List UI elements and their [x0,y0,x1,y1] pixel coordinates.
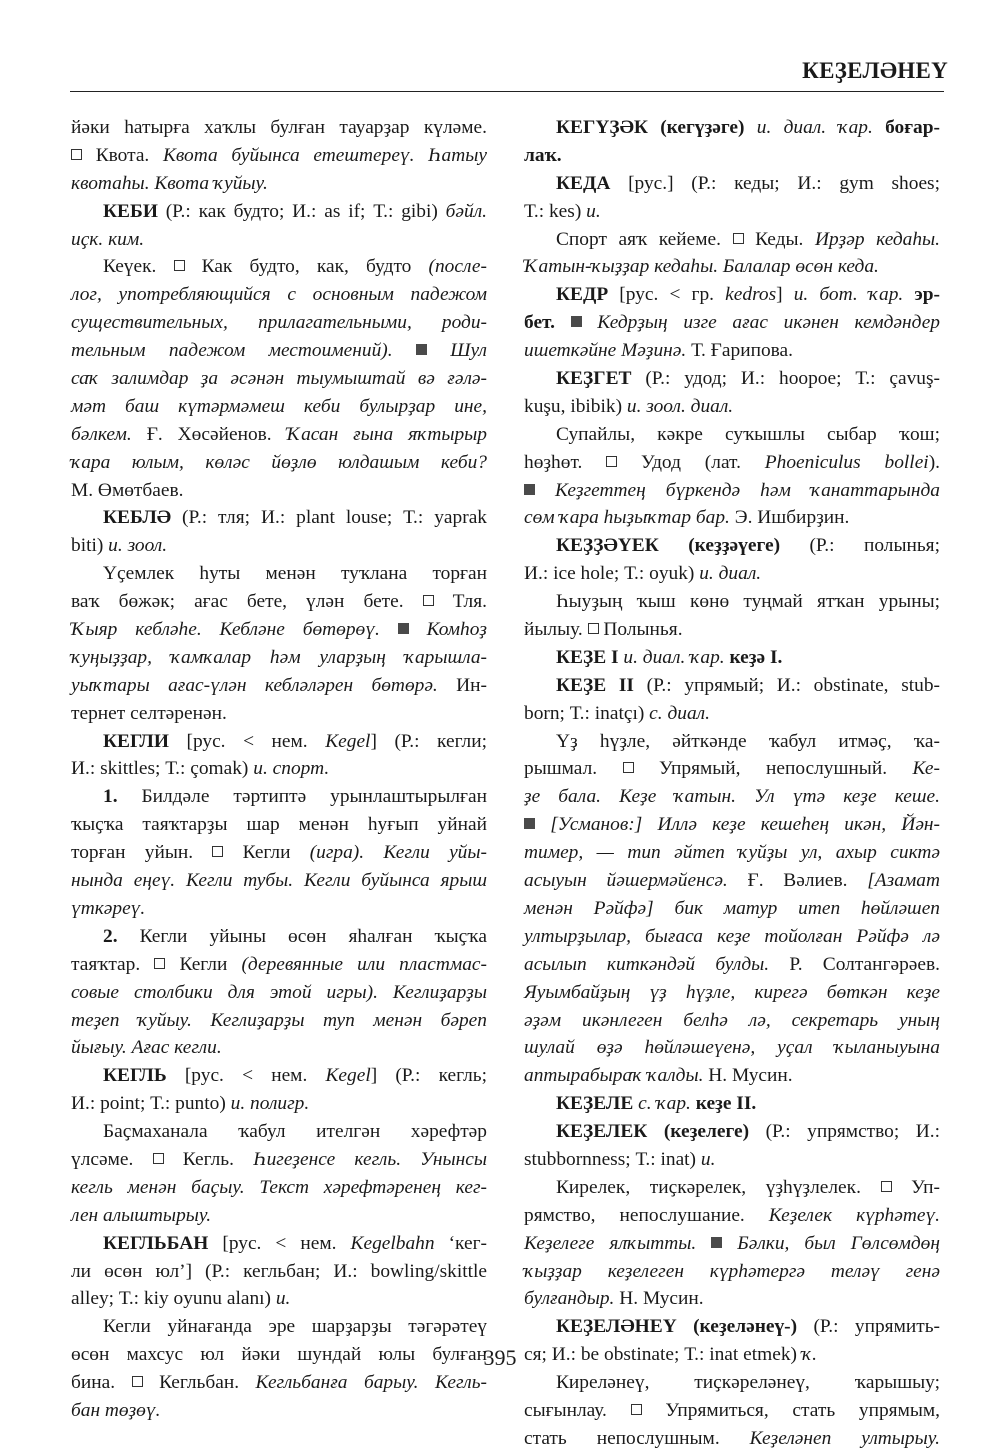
italic-text: аптырабыраҡ ҡалды. [524,1065,708,1086]
text: И.: skittles; Т.: çomak) [71,758,253,779]
text-line: Ҡыяр кебләһе. Кебләне бөтөрөү. Комһоҙ [71,616,487,644]
headword: эр- [914,284,940,305]
italic-text: Һигеҙенсе кегль. Унынсы [253,1149,487,1170]
headword: КЕҘЕ I [556,647,619,668]
text-line: Супайлы, кәкре суҡышлы сыбар ҡош; [524,421,940,449]
headword: КЕГҮҘӘК (кегүҙәге) [556,117,745,138]
text: (Р.: упрямый; И.: obstinate, stub- [634,675,940,696]
text: Спорт аяҡ кейеме. [556,229,733,250]
text: (Р.: удод; И.: hoopoe; Т.: çavuş- [631,368,940,389]
text-line: КЕБЛӘ (Р.: тля; И.: plant louse; Т.: yap… [71,504,487,532]
italic-text: йығыу. Ағас кегли. [71,1037,222,1058]
text-line: [Усманов:] Иллә кеҙе кешеһең икән, Йән- [524,811,940,839]
italic-text: Ҡыяр кебләһе. Кебләне бөтөрөү. [71,619,398,640]
open-square-icon [174,260,185,271]
text-line: лен алыштырыу. [71,1202,487,1230]
text-line: И.: skittles; Т.: çomak) и. спорт. [71,755,487,783]
text: (Р.: как будто; И.: as if; Т.: gibi) [158,201,446,222]
open-square-icon [588,623,599,634]
text-line: Кеүек. Как будто, как, будто (после- [71,253,487,281]
italic-text: ҡуңыҙҙар, ҡамҡалар һәм уларҙың ҡарышла- [71,647,487,668]
text-line: ҙе бала. Кеҙе ҡатын. Ул үтә кеҙе кеше. [524,783,940,811]
text: Упрямый, непослушный. [634,758,913,779]
italic-text: Кегльбанға барыу. Кегль- [256,1372,487,1393]
open-square-icon [212,846,223,857]
text: рямство, непослушание. [524,1205,769,1226]
filled-square-icon [416,344,427,355]
text-line: Һыуҙың ҡыш көнө туңмай ятҡан урыны; [524,588,940,616]
headword: КЕБЛӘ [103,507,171,528]
text-line: мәт баш күтәрмәмеш кеби булырҙар ине, [71,393,487,421]
text-line: КЕҘЕ II (Р.: упрямый; И.: obstinate, stu… [524,672,940,700]
text-line: лаҡ. [524,142,940,170]
text-line: булғандыр. Н. Мусин. [524,1285,940,1313]
italic-text: ҡара юлым, көләс йөҙлө юлдашым кеби? [71,452,487,473]
headword: бет. [524,312,571,333]
italic-text: мәт баш күтәрмәмеш кеби булырҙар ине, [71,396,487,417]
text-line: born; Т.: inatçı) с. диал. [524,700,940,728]
italic-text: ҡыҙҙар кеҙелеген күрһәтергә теләү генә [524,1261,940,1282]
italic-text: квотаһы. Квота ҡуйыу. [71,173,268,194]
italic-text: и. полигр. [231,1093,310,1114]
filled-square-icon [524,818,535,829]
text-line: йәки һатырға хаҡлы булған тауарҙар күләм… [71,114,487,142]
text-line: КЕГЛИ [рус. < нем. Kegel] (Р.: кегли; [71,728,487,756]
text: [рус. < гр. [608,284,725,305]
text: Полынья. [599,619,683,640]
italic-text: Кеҙеләнеп ултырыу. [750,1428,940,1449]
italic-text: и. диал. ҡар. [619,647,730,668]
open-square-icon [623,762,634,773]
text: И.: point; Т.: punto) [71,1093,231,1114]
text: йәки һатырға хаҡлы булған тауарҙар күләм… [71,117,487,138]
text: Кирелек, тиҫкәрелек, үҙһүҙлелек. [556,1177,881,1198]
italic-text: и. [276,1288,291,1309]
italic-text: уыҡтары ағас-үлән кебләләрен бөтөрә. [71,675,456,696]
italic-text: сөм ҡара һыҙыҡтар бар. [524,507,735,528]
text-line: шулай өҙә һөйләшеүенә, уҫал ҡыланыуына [524,1034,940,1062]
italic-text: нында еңеү. Кегли тубы. Кегли буйынса яр… [71,870,487,891]
text-line: КЕҘЕЛЕК (кеҙелеге) (Р.: упрямство; И.: [524,1118,940,1146]
italic-text: Квота буйынса етештереү. Һатыу [163,145,487,166]
text-line: бет. Кедрҙың изге ағас икәнен кемдәндер [524,309,940,337]
text-line: biti) и. зоол. [71,532,487,560]
italic-text: и. [701,1149,716,1170]
headword: КЕГЛИ [103,731,169,752]
text-line: ҡыҫҡа таяҡтарҙы шар менән һуғып уйнай [71,811,487,839]
text-line: бан төҙөү. [71,1397,487,1425]
text-line: тимер, — тип әйтеп ҡуйҙы ул, ахыр сиктә [524,839,940,867]
italic-text: булғандыр. [524,1288,619,1309]
italic-text: теҙеп ҡуйыу. Кеглиҙарҙы туп менән бәреп [71,1010,487,1031]
italic-text: лен алыштырыу. [71,1205,211,1226]
italic-text: совые столбики для этой игры). Кеглиҙарҙ… [71,982,487,1003]
italic-text: асыуын йәшермәйенсә. [524,870,748,891]
italic-text: Яуымбайҙың үҙ һүҙле, кирегә бөткән кеҙе [524,982,940,1003]
text-line: КЕҘЕЛЕ с. ҡар. кеҙе II. [524,1090,940,1118]
text: (Р.: полынья; [780,535,940,556]
open-square-icon [631,1404,642,1415]
text: [рус.] (Р.: кеды; И.: gym shoes; [610,173,940,194]
text: ҡыҫҡа таяҡтарҙы шар менән һуғып уйнай [71,814,487,835]
italic-text: (деревянные или пластмас- [241,954,487,975]
text-line: асыуын йәшермәйенсә. Ғ. Вәлиев. [Азамат [524,867,940,895]
text: һөҙһөт. [524,452,606,473]
italic-text: лог, употребляющийся с основным падежом [71,284,487,305]
text-line: Ҡатын-ҡыҙҙар кедаһы. Балалар өсөн кеда. [524,253,940,281]
text: Ин- [456,675,487,696]
text: М. Өмөтбаев. [71,480,183,501]
text: Кегли уйнағанда эре шарҙарҙы тәгәрәтеү [103,1316,487,1337]
text-line: рямство, непослушание. Кеҙелек күрһәтеү. [524,1202,940,1230]
headword: КЕДР [556,284,608,305]
header-rule [70,91,944,92]
italic-text: Kegel [325,731,370,752]
italic-text: и. диал. [699,563,761,584]
italic-text: бәйл. [446,201,487,222]
text: ] [776,284,794,305]
text-line: stubbornness; Т.: inat) и. [524,1146,940,1174]
italic-text: шулай өҙә һөйләшеүенә, уҫал ҡыланыуына [524,1037,940,1058]
text: ваҡ бөжәк; ағас бете, үлән бете. [71,591,423,612]
text-line: рышмал. Упрямый, непослушный. Ке- [524,755,940,783]
text: стать непослушным. [524,1428,750,1449]
text: Кеүек. [103,256,174,277]
italic-text: [Усманов:] Иллә кеҙе кешеһең икән, Йән- [535,814,940,835]
text: йылыу. [524,619,588,640]
text: Киреләнеү, тиҫкәреләнеү, ҡарышыу; [556,1372,940,1393]
italic-text: Phoeniculus bollei [765,452,929,473]
text: И.: ice hole; Т.: oyuk) [524,563,699,584]
text-line: КЕБИ (Р.: как будто; И.: as if; Т.: gibi… [71,198,487,226]
text-line: Яуымбайҙың үҙ һүҙле, кирегә бөткән кеҙе [524,979,940,1007]
text-line: ишеткәйне Мәҙинә. Т. Ғарипова. [524,337,940,365]
text: Үҙ һүҙле, әйткәнде ҡабул итмәҫ, ҡа- [556,731,940,752]
open-square-icon [881,1181,892,1192]
text: таяҡтар. [71,954,154,975]
text-line: ваҡ бөжәк; ағас бете, үлән бете. Тля. [71,588,487,616]
text-line: Спорт аяҡ кейеме. Кеды. Ирҙәр кедаһы. [524,226,940,254]
italic-text: Kegel [325,1065,370,1086]
text: (Р.: тля; И.: plant louse; Т.: yaprak [171,507,487,528]
headword: КЕҘГЕТ [556,368,631,389]
italic-text: Кеҙгеттең бүркендә һәм ҡанаттарында [535,480,940,501]
headword: КЕҘҘӘҮЕК (кеҙҙәүеге) [556,535,780,556]
text-line: торған уйын. Кегли (игра). Кегли уйы- [71,839,487,867]
text-line: КЕҘГЕТ (Р.: удод; И.: hoopoe; Т.: çavuş- [524,365,940,393]
italic-text: (игра). Кегли уйы- [310,842,487,863]
text-line: аптырабыраҡ ҡалды. Н. Мусин. [524,1062,940,1090]
italic-text: кегль менән баҫыу. Текст хәрефтәренең ке… [71,1177,487,1198]
text: Квота. [82,145,163,166]
text-line: ҡыҙҙар кеҙелеген күрһәтергә теләү генә [524,1258,940,1286]
italic-text: әҙәм икәнлеген белһә лә, секретарь уның [524,1010,940,1031]
text-line: саҡ залимдар ҙа әсәнән тыумыштай вә ғәлә… [71,365,487,393]
text: (Р.: упрямить- [797,1316,940,1337]
text: kuşu, ibibik) [524,396,627,417]
text: Баҫмаханала ҡабул ителгән хәрефтәр [103,1121,487,1142]
text-line: лог, употребляющийся с основным падежом [71,281,487,309]
italic-text: бәлкем. [71,424,147,445]
headword: 1. [103,786,118,807]
text-line: һөҙһөт. Удод (лат. Phoeniculus bollei). [524,449,940,477]
italic-text: [Азамат [867,870,940,891]
text-line: йылыу. Полынья. [524,616,940,644]
text-line: КЕҘЕ I и. диал. ҡар. кеҙә I. [524,644,940,672]
text-line: существительных, прилагательными, роди- [71,309,487,337]
text-line: КЕДА [рус.] (Р.: кеды; И.: gym shoes; [524,170,940,198]
italic-text: саҡ залимдар ҙа әсәнән тыумыштай вә ғәлә… [71,368,487,389]
text: торған уйын. [71,842,212,863]
text: Н. Мусин. [708,1065,792,1086]
text: Кегли [223,842,309,863]
text: сығынлау. [524,1400,631,1421]
italic-text: Ке- [913,758,940,779]
text-line: ҡуңыҙҙар, ҡамҡалар һәм уларҙың ҡарышла- [71,644,487,672]
text: Упрямиться, стать упрямым, [642,1400,940,1421]
italic-text: ишеткәйне Мәҙинә. [524,340,691,361]
text-line: КЕҘЕЛӘНЕҮ (кеҙеләнеү-) (Р.: упрямить- [524,1313,940,1341]
text-line: үлсәме. Кегль. Һигеҙенсе кегль. Унынсы [71,1146,487,1174]
text: Тля. [434,591,487,612]
text: Ғ. Хөсәйенов. [147,424,287,445]
page-number: 395 [0,1345,1000,1371]
headword: 2. [103,926,118,947]
text-line: Үҫемлек һуты менән туҡлана торған [71,560,487,588]
text-line: М. Өмөтбаев. [71,477,487,505]
filled-square-icon [711,1237,722,1248]
text: Т.: kes) [524,201,586,222]
text-line: КЕҘҘӘҮЕК (кеҙҙәүеге) (Р.: полынья; [524,532,940,560]
text-line: сөм ҡара һыҙыҡтар бар. Э. Ишбирҙин. [524,504,940,532]
italic-text: Бәлки, был Гөлсөмдөң [722,1233,940,1254]
text-line: уыҡтары ағас-үлән кебләләрен бөтөрә. Ин- [71,672,487,700]
italic-text: Кеҙелеге ялҡытты. [524,1233,711,1254]
headword: КЕҘЕ II [556,675,634,696]
italic-text: Комһоҙ [409,619,487,640]
headword: КЕБИ [103,201,158,222]
text-line: Үҙ һүҙле, әйткәнде ҡабул итмәҫ, ҡа- [524,728,940,756]
text-line: kuşu, ibibik) и. зоол. диал. [524,393,940,421]
headword: кеҙе II. [696,1093,756,1114]
text-line: КЕГЛЬ [рус. < нем. Kegel] (Р.: кегль; [71,1062,487,1090]
headword: КЕҘЕЛӘНЕҮ (кеҙеләнеү-) [556,1316,797,1337]
left-column: йәки һатырға хаҡлы булған тауарҙар күләм… [71,114,487,1425]
filled-square-icon [571,316,582,327]
text: бина. [71,1372,132,1393]
text: Уп- [892,1177,940,1198]
text: Ғ. Вәлиев. [748,870,868,891]
italic-text: менән Рәйфә] бик матур итеп һөйләшеп [524,898,940,919]
text: Удод (лат. [617,452,765,473]
text: Кегль. [164,1149,254,1170]
text: Кегльбан. [143,1372,256,1393]
text-line: И.: ice hole; Т.: oyuk) и. диал. [524,560,940,588]
open-square-icon [154,958,165,969]
text-line: сығынлау. Упрямиться, стать упрямым, [524,1397,940,1425]
headword: КЕҘЕЛЕ [556,1093,633,1114]
text-line: Кеҙгеттең бүркендә һәм ҡанаттарында [524,477,940,505]
italic-text: Ҡатын-ҡыҙҙар кедаһы. Балалар өсөн кеда. [524,256,879,277]
text: Н. Мусин. [619,1288,703,1309]
italic-text: kedros [725,284,776,305]
text: ‘кег- [435,1233,487,1254]
text: ). [929,452,940,473]
text-line: ҡара юлым, көләс йөҙлө юлдашым кеби? [71,449,487,477]
text-line: И.: point; Т.: punto) и. полигр. [71,1090,487,1118]
text-line: әҙәм икәнлеген белһә лә, секретарь уның [524,1007,940,1035]
text: biti) [71,535,108,556]
headword: КЕГЛЬБАН [103,1233,208,1254]
text-line: йығыу. Ағас кегли. [71,1034,487,1062]
italic-text: с. ҡар. [633,1093,695,1114]
text: үлсәме. [71,1149,153,1170]
italic-text: Кеҙелек күрһәтеү. [769,1205,940,1226]
text-line: КЕГЛЬБАН [рус. < нем. Kegelbahn ‘кег- [71,1230,487,1258]
italic-text: Шул [427,340,487,361]
text: alley; Т.: kiy oyunu alanı) [71,1288,276,1309]
text-line: совые столбики для этой игры). Кеглиҙарҙ… [71,979,487,1007]
text: Кегли уйыны өсөн яһалған ҡыҫҡа [118,926,487,947]
open-square-icon [132,1376,143,1387]
text: born; Т.: inatçı) [524,703,649,724]
text: Билдәле тәртиптә урынлаштырылған [118,786,487,807]
text: Кегли [165,954,241,975]
text-line: тельным падежом местоимений). Шул [71,337,487,365]
headword: кеҙә I. [729,647,782,668]
italic-text: иҫк. ким. [71,229,144,250]
text: [рус. < нем. [169,731,325,752]
text: Э. Ишбирҙин. [735,507,850,528]
right-column: КЕГҮҘӘК (кегүҙәге) и. диал. ҡар. боғар-л… [524,114,940,1453]
text: stubbornness; Т.: inat) [524,1149,701,1170]
italic-text: Ирҙәр кедаһы. [815,229,940,250]
text-line: КЕДР [рус. < гр. kedros] и. бот. ҡар. эр… [524,281,940,309]
italic-text: асылып киткәндәй булды. [524,954,789,975]
text-line: Квота. Квота буйынса етештереү. Һатыу [71,142,487,170]
filled-square-icon [524,484,535,495]
text-line: бәлкем. Ғ. Хөсәйенов. Ҡасан ғына яҡтырыр [71,421,487,449]
running-head: КЕҘЕЛӘНЕҮ [802,58,948,84]
italic-text: Кедрҙың изге ағас икәнен кемдәндер [582,312,940,333]
open-square-icon [733,233,744,244]
text-line: теҙеп ҡуйыу. Кеглиҙарҙы туп менән бәреп [71,1007,487,1035]
text-line: иҫк. ким. [71,226,487,254]
italic-text: и. бот. ҡар. [794,284,915,305]
text-line: Кирелек, тиҫкәрелек, үҙһүҙлелек. Уп- [524,1174,940,1202]
text-line: бина. Кегльбан. Кегльбанға барыу. Кегль- [71,1369,487,1397]
text-line: КЕГҮҘӘК (кегүҙәге) и. диал. ҡар. боғар- [524,114,940,142]
text-line: кегль менән баҫыу. Текст хәрефтәренең ке… [71,1174,487,1202]
italic-text: с. диал. [649,703,710,724]
italic-text: ултырҙылар, бығаса кеҙе тойолған Рәйфә л… [524,926,940,947]
text: Үҫемлек һуты менән туҡлана торған [103,563,487,584]
open-square-icon [423,595,434,606]
text-line: Киреләнеү, тиҫкәреләнеү, ҡарышыу; [524,1369,940,1397]
italic-text: ҙе бала. Кеҙе ҡатын. Ул үтә кеҙе кеше. [524,786,940,807]
headword: лаҡ. [524,145,562,166]
text-line: үткәреү. [71,895,487,923]
text-line: 2. Кегли уйыны өсөн яһалған ҡыҫҡа [71,923,487,951]
text-line: Т.: kes) и. [524,198,940,226]
text-line: Баҫмаханала ҡабул ителгән хәрефтәр [71,1118,487,1146]
text: Как будто, как, будто [185,256,429,277]
italic-text: Ҡасан ғына яҡтырыр [287,424,487,445]
text-line: таяҡтар. Кегли (деревянные или пластмас- [71,951,487,979]
text-line: 1. Билдәле тәртиптә урынлаштырылған [71,783,487,811]
filled-square-icon [398,623,409,634]
open-square-icon [153,1153,164,1164]
text-line: тернет селтәренән. [71,700,487,728]
text: Кеды. [744,229,815,250]
text: ] (Р.: кегль; [371,1065,487,1086]
text: Р. Солтангәрәев. [789,954,940,975]
text-line: асылып киткәндәй булды. Р. Солтангәрәев. [524,951,940,979]
italic-text: Kegelbahn [351,1233,435,1254]
italic-text: и. [586,201,601,222]
text: рышмал. [524,758,623,779]
text: ли өсөн юл’] (Р.: кегльбан; И.: bowling/… [71,1261,487,1282]
headword: боғар- [885,117,940,138]
italic-text: үткәреү. [71,898,145,919]
headword: КЕҘЕЛЕК (кеҙелеге) [556,1121,749,1142]
text: [рус. < нем. [167,1065,326,1086]
text: Супайлы, кәкре суҡышлы сыбар ҡош; [556,424,940,445]
text-line: менән Рәйфә] бик матур итеп һөйләшеп [524,895,940,923]
text-line: нында еңеү. Кегли тубы. Кегли буйынса яр… [71,867,487,895]
text-line: ли өсөн юл’] (Р.: кегльбан; И.: bowling/… [71,1258,487,1286]
text: [рус. < нем. [208,1233,350,1254]
text-line: квотаһы. Квота ҡуйыу. [71,170,487,198]
text-line: стать непослушным. Кеҙеләнеп ултырыу. [524,1425,940,1453]
italic-text: и. диал. ҡар. [745,117,886,138]
italic-text: и. зоол. [108,535,167,556]
open-square-icon [606,456,617,467]
text: ] (Р.: кегли; [370,731,487,752]
italic-text: тимер, — тип әйтеп ҡуйҙы ул, ахыр сиктә [524,842,940,863]
text-line: Кегли уйнағанда эре шарҙарҙы тәгәрәтеү [71,1313,487,1341]
italic-text: и. спорт. [253,758,329,779]
headword: КЕДА [556,173,610,194]
text: тернет селтәренән. [71,703,227,724]
italic-text: тельным падежом местоимений). [71,340,416,361]
italic-text: (после- [429,256,487,277]
text: (Р.: упрямство; И.: [749,1121,940,1142]
text-line: Кеҙелеге ялҡытты. Бәлки, был Гөлсөмдөң [524,1230,940,1258]
text: Т. Ғарипова. [691,340,793,361]
text-line: alley; Т.: kiy oyunu alanı) и. [71,1285,487,1313]
italic-text: бан төҙөү. [71,1400,160,1421]
text: Һыуҙың ҡыш көнө туңмай ятҡан урыны; [556,591,940,612]
text-line: ултырҙылар, бығаса кеҙе тойолған Рәйфә л… [524,923,940,951]
italic-text: существительных, прилагательными, роди- [71,312,487,333]
headword: КЕГЛЬ [103,1065,167,1086]
open-square-icon [71,149,82,160]
italic-text: и. зоол. диал. [627,396,733,417]
